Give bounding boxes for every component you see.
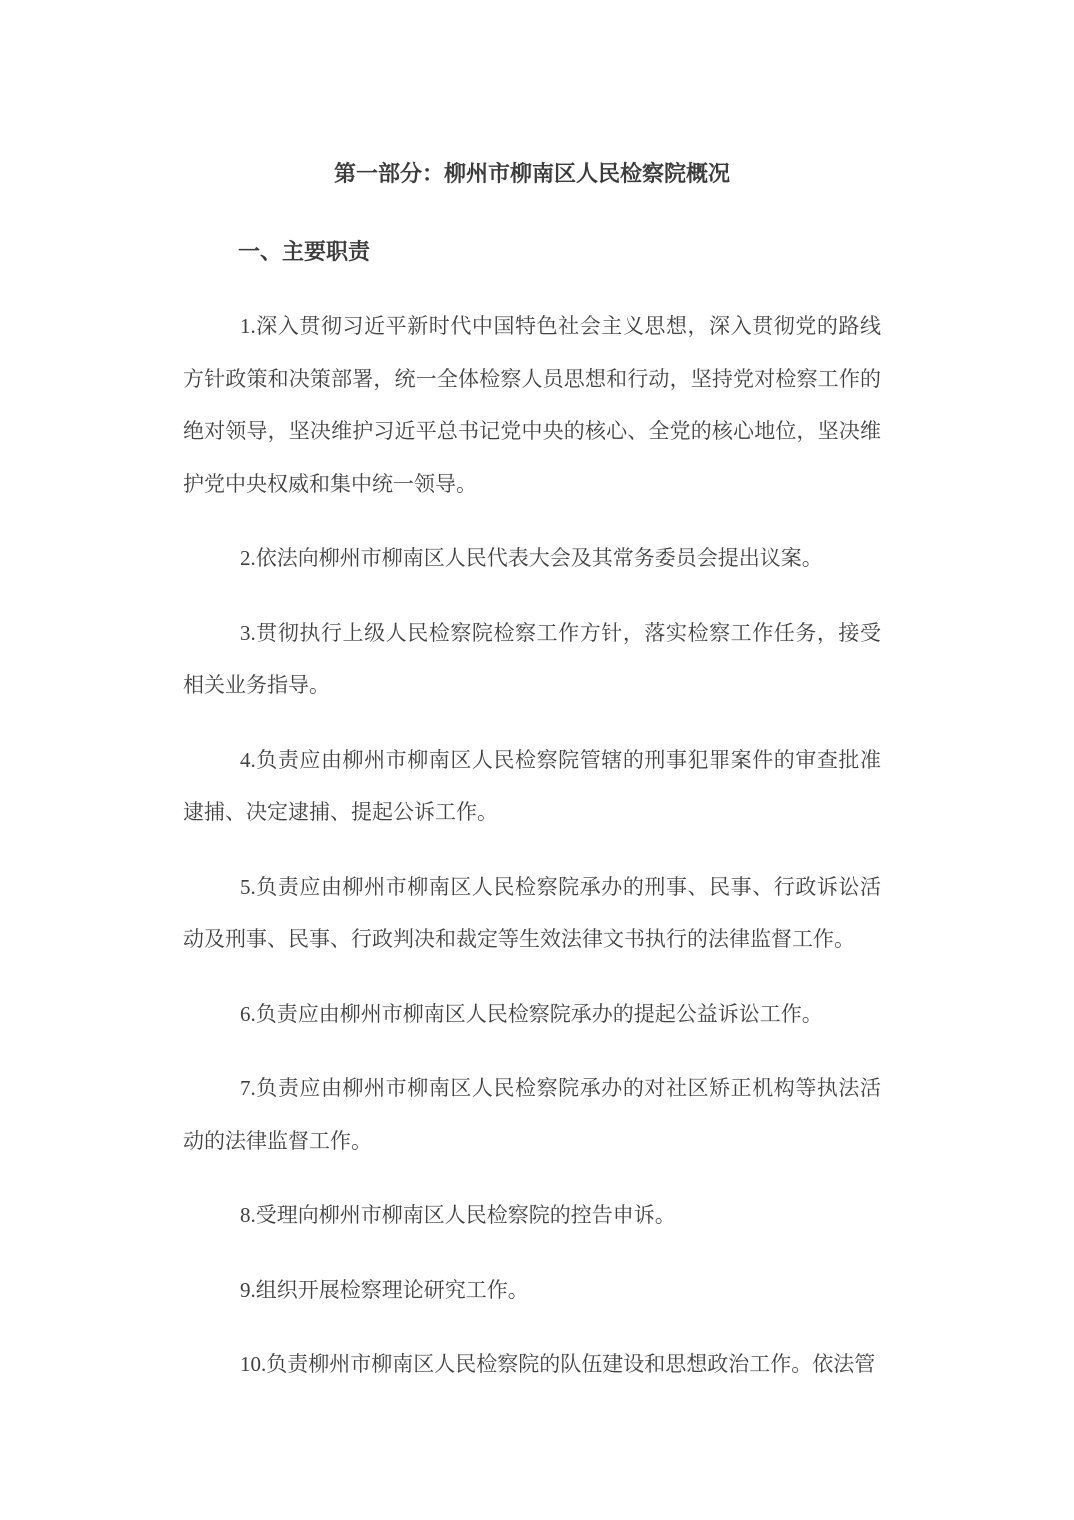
body-paragraph: 6.负责应由柳州市柳南区人民检察院承办的提起公益诉讼工作。	[183, 988, 881, 1041]
body-paragraph: 7.负责应由柳州市柳南区人民检察院承办的对社区矫正机构等执法活动的法律监督工作。	[183, 1062, 881, 1167]
body-paragraph: 9.组织开展检察理论研究工作。	[183, 1264, 881, 1317]
body-paragraph: 10.负责柳州市柳南区人民检察院的队伍建设和思想政治工作。依法管	[183, 1338, 881, 1391]
body-paragraph: 1.深入贯彻习近平新时代中国特色社会主义思想，深入贯彻党的路线方针政策和决策部署…	[183, 300, 881, 510]
document-page: 第一部分：柳州市柳南区人民检察院概况 一、主要职责 1.深入贯彻习近平新时代中国…	[0, 0, 1074, 1520]
document-title: 第一部分：柳州市柳南区人民检察院概况	[183, 148, 881, 200]
body-paragraph: 4.负责应由柳州市柳南区人民检察院管辖的刑事犯罪案件的审查批准逮捕、决定逮捕、提…	[183, 734, 881, 839]
body-paragraph: 3.贯彻执行上级人民检察院检察工作方针，落实检察工作任务，接受相关业务指导。	[183, 607, 881, 712]
body-paragraph: 2.依法向柳州市柳南区人民代表大会及其常务委员会提出议案。	[183, 532, 881, 585]
paragraph-list: 1.深入贯彻习近平新时代中国特色社会主义思想，深入贯彻党的路线方针政策和决策部署…	[183, 300, 881, 1391]
body-paragraph: 5.负责应由柳州市柳南区人民检察院承办的刑事、民事、行政诉讼活动及刑事、民事、行…	[183, 861, 881, 966]
document-content: 第一部分：柳州市柳南区人民检察院概况 一、主要职责 1.深入贯彻习近平新时代中国…	[183, 148, 881, 1391]
body-paragraph: 8.受理向柳州市柳南区人民检察院的控告申诉。	[183, 1189, 881, 1242]
section-heading: 一、主要职责	[183, 226, 881, 278]
